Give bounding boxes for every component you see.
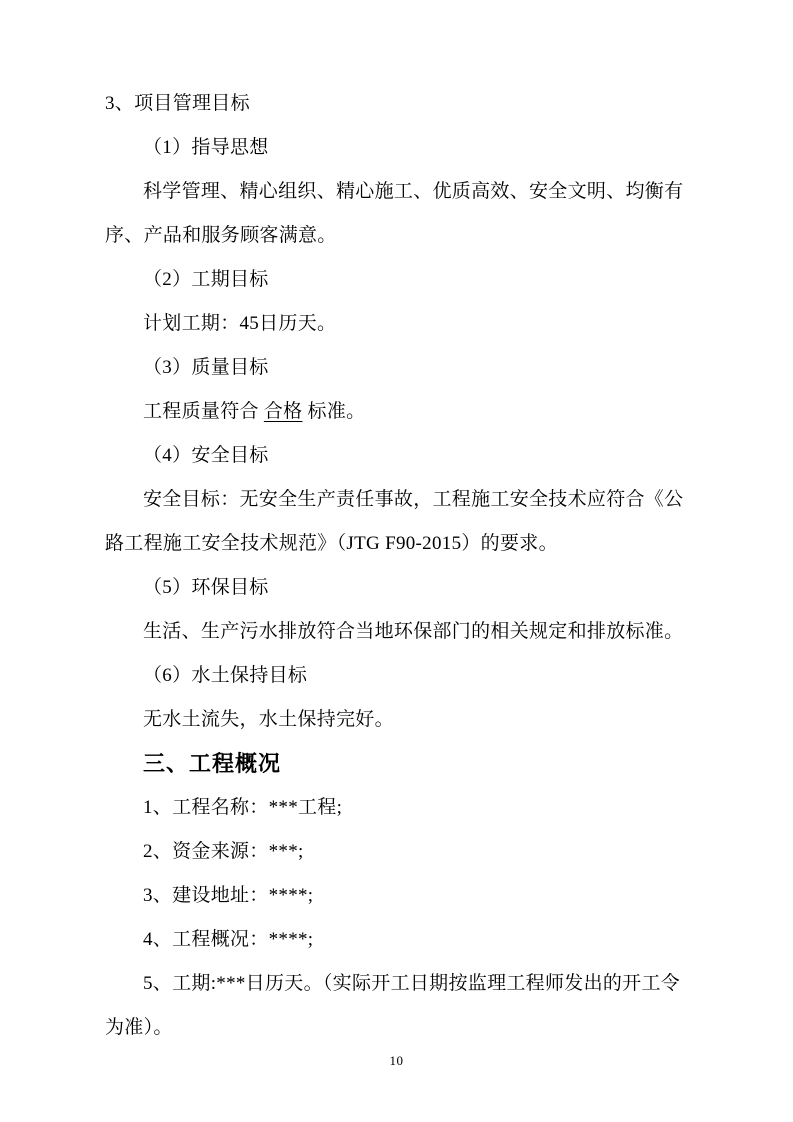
schedule-target-paragraph: 计划工期：45日历天。 <box>105 302 691 346</box>
guiding-principles-paragraph: 科学管理、精心组织、精心施工、优质高效、安全文明、均衡有序、产品和服务顾客满意。 <box>105 170 691 258</box>
text-line: （5）环保目标 <box>105 566 691 610</box>
text-line: （6）水土保持目标 <box>105 654 691 698</box>
sub-item-4-heading: （4）安全目标 <box>105 434 691 478</box>
text-line: 3、项目管理目标 <box>105 82 691 126</box>
overview-item-5: 5、工期:***日历天。（实际开工日期按监理工程师发出的开工令为准）。 <box>105 962 691 1050</box>
text-line: 5、工期:***日历天。（实际开工日期按监理工程师发出的开工令 <box>105 962 691 1006</box>
text-line: 生活、生产污水排放符合当地环保部门的相关规定和排放标准。 <box>105 610 691 654</box>
text-line: 科学管理、精心组织、精心施工、优质高效、安全文明、均衡有 <box>105 170 691 214</box>
underlined-text: 合格 <box>264 401 303 422</box>
safety-target-paragraph: 安全目标：无安全生产责任事故，工程施工安全技术应符合《公路工程施工安全技术规范》… <box>105 478 691 566</box>
text-line: 三、工程概况 <box>105 742 691 786</box>
text-line: 无水土流失，水土保持完好。 <box>105 698 691 742</box>
quality-target-paragraph: 工程质量符合 合格 标准。 <box>105 390 691 434</box>
document-body: 3、项目管理目标（1）指导思想科学管理、精心组织、精心施工、优质高效、安全文明、… <box>105 82 691 1050</box>
text-line: 工程质量符合 合格 标准。 <box>105 390 691 434</box>
sub-item-6-heading: （6）水土保持目标 <box>105 654 691 698</box>
overview-item-3: 3、建设地址：****; <box>105 874 691 918</box>
document-page: 3、项目管理目标（1）指导思想科学管理、精心组织、精心施工、优质高效、安全文明、… <box>0 0 793 1122</box>
overview-item-4: 4、工程概况：****; <box>105 918 691 962</box>
sub-item-2-heading: （2）工期目标 <box>105 258 691 302</box>
text-line: 计划工期：45日历天。 <box>105 302 691 346</box>
text-line: 3、建设地址：****; <box>105 874 691 918</box>
text-line: 2、资金来源：***; <box>105 830 691 874</box>
text-line: （3）质量目标 <box>105 346 691 390</box>
section-3-heading: 3、项目管理目标 <box>105 82 691 126</box>
overview-item-2: 2、资金来源：***; <box>105 830 691 874</box>
text-line: （4）安全目标 <box>105 434 691 478</box>
section-overview-heading: 三、工程概况 <box>105 742 691 786</box>
soil-water-target-paragraph: 无水土流失，水土保持完好。 <box>105 698 691 742</box>
text-line: 路工程施工安全技术规范》（JTG F90-2015）的要求。 <box>105 522 691 566</box>
text-line: 序、产品和服务顾客满意。 <box>105 214 691 258</box>
page-number: 10 <box>0 1052 793 1070</box>
text-line: 1、工程名称：***工程; <box>105 786 691 830</box>
sub-item-3-heading: （3）质量目标 <box>105 346 691 390</box>
text-line: 为准）。 <box>105 1006 691 1050</box>
text-line: 4、工程概况：****; <box>105 918 691 962</box>
text-line: 安全目标：无安全生产责任事故，工程施工安全技术应符合《公 <box>105 478 691 522</box>
sub-item-5-heading: （5）环保目标 <box>105 566 691 610</box>
sub-item-1-heading: （1）指导思想 <box>105 126 691 170</box>
text-segment: 工程质量符合 <box>143 401 264 422</box>
text-segment: 标准。 <box>302 401 365 422</box>
text-line: （2）工期目标 <box>105 258 691 302</box>
environment-target-paragraph: 生活、生产污水排放符合当地环保部门的相关规定和排放标准。 <box>105 610 691 654</box>
text-line: （1）指导思想 <box>105 126 691 170</box>
overview-item-1: 1、工程名称：***工程; <box>105 786 691 830</box>
